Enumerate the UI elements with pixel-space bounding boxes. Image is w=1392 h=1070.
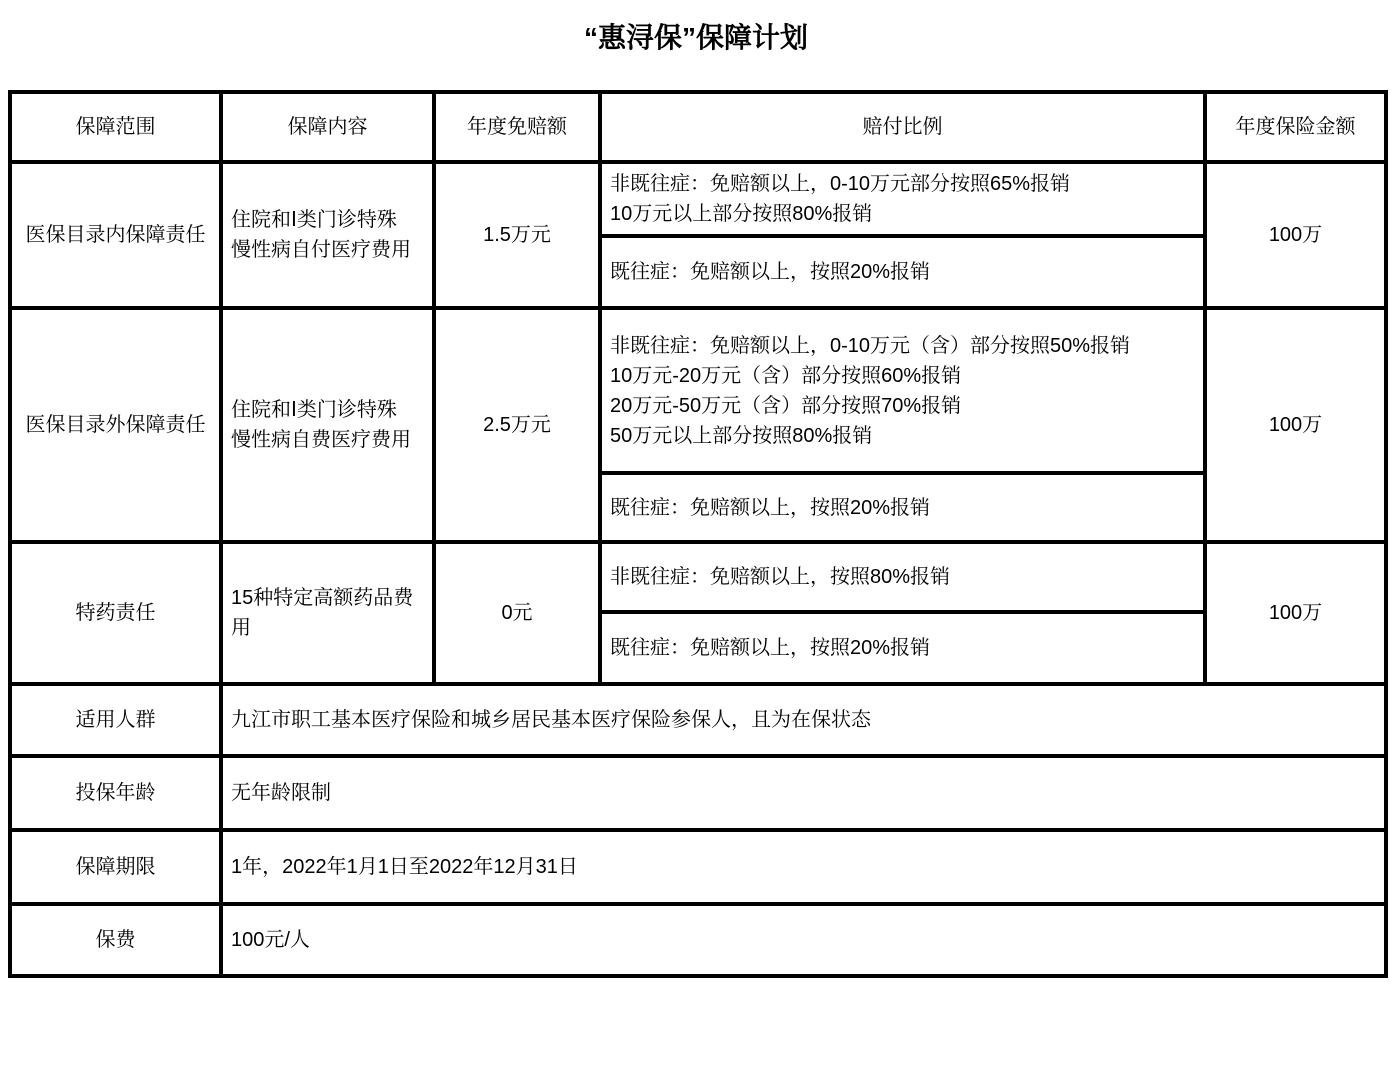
info-value: 1年，2022年1月1日至2022年12月31日 [221, 830, 1386, 904]
content-cell: 住院和Ⅰ类门诊特殊 慢性病自费医疗费用 [221, 308, 434, 542]
deductible-cell: 0元 [434, 542, 600, 684]
ratio-cell-non-preexisting: 非既往症：免赔额以上，0-10万元部分按照65%报销 10万元以上部分按照80%… [600, 162, 1205, 236]
content-cell: 住院和Ⅰ类门诊特殊 慢性病自付医疗费用 [221, 162, 434, 308]
info-row: 适用人群 九江市职工基本医疗保险和城乡居民基本医疗保险参保人，且为在保状态 [10, 684, 1386, 756]
header-deductible: 年度免赔额 [434, 92, 600, 162]
info-label: 适用人群 [10, 684, 221, 756]
info-value: 100元/人 [221, 904, 1386, 976]
ratio-cell-non-preexisting: 非既往症：免赔额以上，0-10万元（含）部分按照50%报销 10万元-20万元（… [600, 308, 1205, 473]
ratio-cell-non-preexisting: 非既往症：免赔额以上，按照80%报销 [600, 542, 1205, 612]
info-label: 保障期限 [10, 830, 221, 904]
table-row: 医保目录外保障责任 住院和Ⅰ类门诊特殊 慢性病自费医疗费用 2.5万元 非既往症… [10, 308, 1386, 473]
ratio-cell-preexisting: 既往症：免赔额以上，按照20%报销 [600, 612, 1205, 684]
content-cell: 15种特定高额药品费 用 [221, 542, 434, 684]
amount-cell: 100万 [1205, 542, 1386, 684]
info-label: 保费 [10, 904, 221, 976]
scope-cell: 医保目录外保障责任 [10, 308, 221, 542]
header-scope: 保障范围 [10, 92, 221, 162]
ratio-cell-preexisting: 既往症：免赔额以上，按照20%报销 [600, 473, 1205, 542]
amount-cell: 100万 [1205, 162, 1386, 308]
info-row: 投保年龄 无年龄限制 [10, 756, 1386, 830]
scope-cell: 特药责任 [10, 542, 221, 684]
info-row: 保障期限 1年，2022年1月1日至2022年12月31日 [10, 830, 1386, 904]
deductible-cell: 1.5万元 [434, 162, 600, 308]
info-row: 保费 100元/人 [10, 904, 1386, 976]
info-value: 九江市职工基本医疗保险和城乡居民基本医疗保险参保人，且为在保状态 [221, 684, 1386, 756]
header-row: 保障范围 保障内容 年度免赔额 赔付比例 年度保险金额 [10, 92, 1386, 162]
amount-cell: 100万 [1205, 308, 1386, 542]
info-label: 投保年龄 [10, 756, 221, 830]
deductible-cell: 2.5万元 [434, 308, 600, 542]
table-row: 医保目录内保障责任 住院和Ⅰ类门诊特殊 慢性病自付医疗费用 1.5万元 非既往症… [10, 162, 1386, 236]
header-ratio: 赔付比例 [600, 92, 1205, 162]
page-title: “惠浔保”保障计划 [0, 18, 1392, 58]
scope-cell: 医保目录内保障责任 [10, 162, 221, 308]
benefits-table: 保障范围 保障内容 年度免赔额 赔付比例 年度保险金额 医保目录内保障责任 住院… [8, 90, 1388, 978]
table-row: 特药责任 15种特定高额药品费 用 0元 非既往症：免赔额以上，按照80%报销 … [10, 542, 1386, 612]
info-value: 无年龄限制 [221, 756, 1386, 830]
ratio-cell-preexisting: 既往症：免赔额以上，按照20%报销 [600, 236, 1205, 308]
page: “惠浔保”保障计划 保障范围 保障内容 年度免赔额 赔付比例 年度保险金额 医保… [0, 0, 1392, 1070]
header-amount: 年度保险金额 [1205, 92, 1386, 162]
header-content: 保障内容 [221, 92, 434, 162]
